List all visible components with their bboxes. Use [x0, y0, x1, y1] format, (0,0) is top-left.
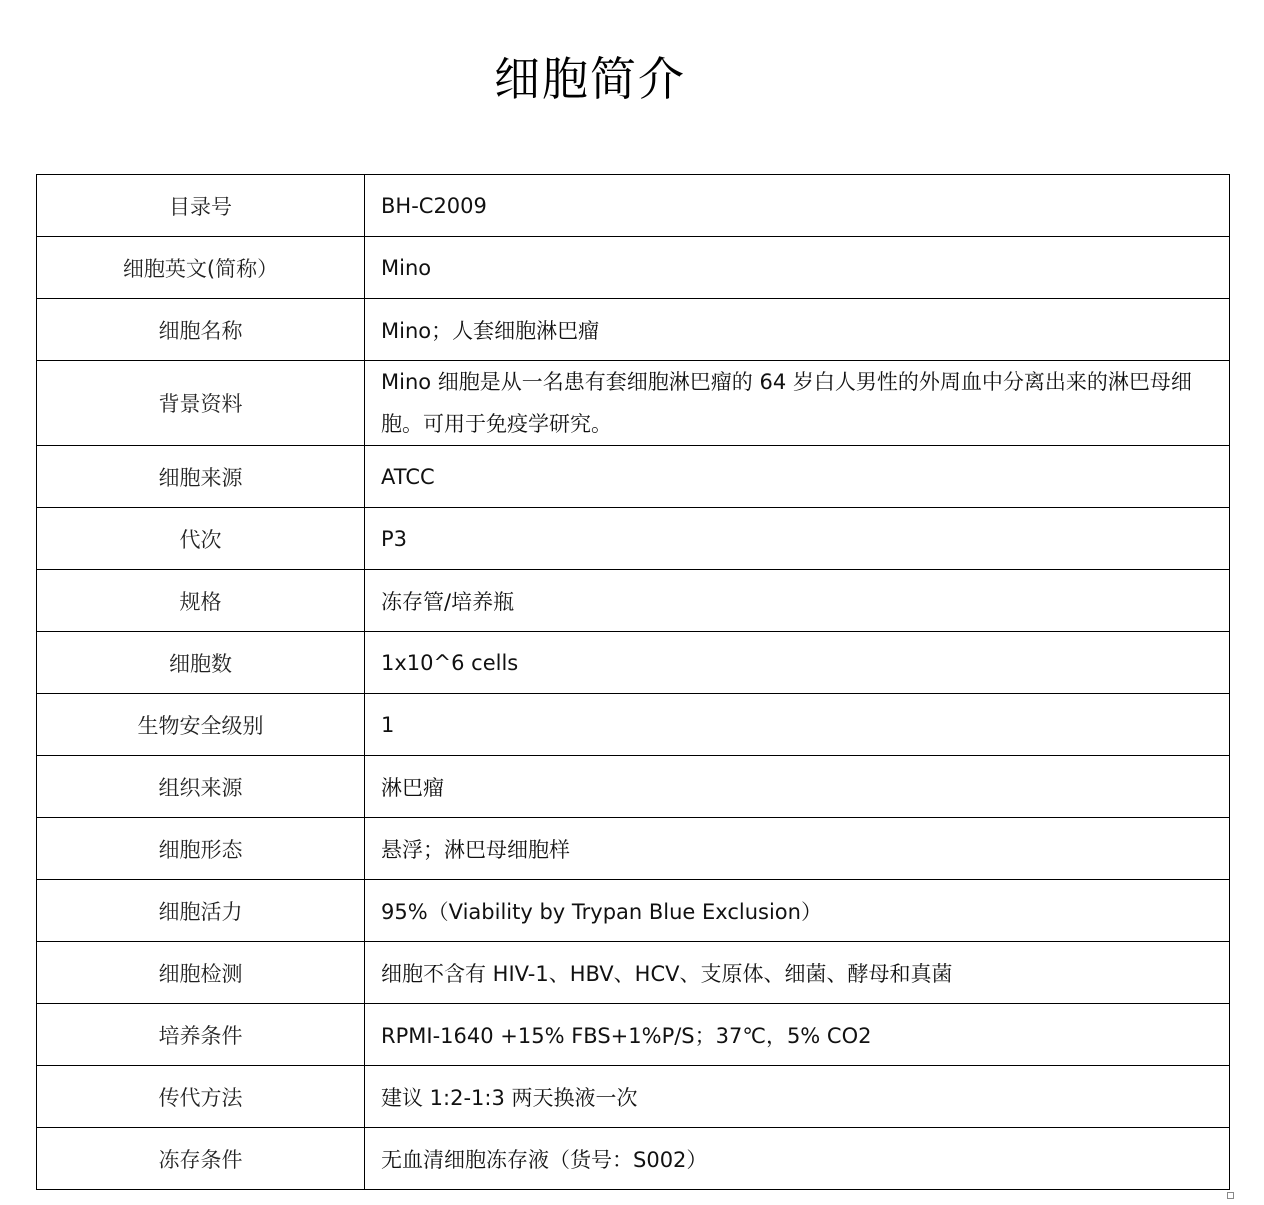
table-row-tissue-source: 组织来源 淋巴瘤 — [37, 756, 1230, 818]
row-label: 传代方法 — [37, 1066, 365, 1128]
table-row-english-name: 细胞英文(简称） Mino — [37, 237, 1230, 299]
table-row-culture-conditions: 培养条件 RPMI-1640 +15% FBS+1%P/S；37℃，5% CO2 — [37, 1004, 1230, 1066]
row-value: Mino 细胞是从一名患有套细胞淋巴瘤的 64 岁白人男性的外周血中分离出来的淋… — [365, 361, 1230, 446]
table-row-background: 背景资料 Mino 细胞是从一名患有套细胞淋巴瘤的 64 岁白人男性的外周血中分… — [37, 361, 1230, 446]
table-row-viability: 细胞活力 95%（Viability by Trypan Blue Exclus… — [37, 880, 1230, 942]
row-label: 生物安全级别 — [37, 694, 365, 756]
row-value: 建议 1:2-1:3 两天换液一次 — [365, 1066, 1230, 1128]
table-row-testing: 细胞检测 细胞不含有 HIV-1、HBV、HCV、支原体、细菌、酵母和真菌 — [37, 942, 1230, 1004]
row-value: 1 — [365, 694, 1230, 756]
row-label: 细胞英文(简称） — [37, 237, 365, 299]
row-value: BH-C2009 — [365, 175, 1230, 237]
row-value: 95%（Viability by Trypan Blue Exclusion） — [365, 880, 1230, 942]
row-label: 冻存条件 — [37, 1128, 365, 1190]
row-label: 组织来源 — [37, 756, 365, 818]
row-value: ATCC — [365, 446, 1230, 508]
row-value: Mino；人套细胞淋巴瘤 — [365, 299, 1230, 361]
row-label: 培养条件 — [37, 1004, 365, 1066]
row-value: 1x10^6 cells — [365, 632, 1230, 694]
table-row-source: 细胞来源 ATCC — [37, 446, 1230, 508]
table-row-cell-name: 细胞名称 Mino；人套细胞淋巴瘤 — [37, 299, 1230, 361]
table-row-passage-method: 传代方法 建议 1:2-1:3 两天换液一次 — [37, 1066, 1230, 1128]
row-value: 细胞不含有 HIV-1、HBV、HCV、支原体、细菌、酵母和真菌 — [365, 942, 1230, 1004]
row-value: 淋巴瘤 — [365, 756, 1230, 818]
row-value: Mino — [365, 237, 1230, 299]
row-value: RPMI-1640 +15% FBS+1%P/S；37℃，5% CO2 — [365, 1004, 1230, 1066]
table-row-morphology: 细胞形态 悬浮；淋巴母细胞样 — [37, 818, 1230, 880]
row-label: 背景资料 — [37, 361, 365, 446]
document-title: 细胞简介 — [0, 49, 1180, 109]
row-label: 目录号 — [37, 175, 365, 237]
row-label: 代次 — [37, 508, 365, 570]
table-row-catalog-number: 目录号 BH-C2009 — [37, 175, 1230, 237]
row-label: 细胞数 — [37, 632, 365, 694]
cell-info-table: 目录号 BH-C2009 细胞英文(简称） Mino 细胞名称 Mino；人套细… — [36, 174, 1230, 1190]
row-value: 冻存管/培养瓶 — [365, 570, 1230, 632]
row-label: 细胞检测 — [37, 942, 365, 1004]
table-row-cell-count: 细胞数 1x10^6 cells — [37, 632, 1230, 694]
row-label: 细胞来源 — [37, 446, 365, 508]
row-value: 悬浮；淋巴母细胞样 — [365, 818, 1230, 880]
row-value: P3 — [365, 508, 1230, 570]
table-row-passage: 代次 P3 — [37, 508, 1230, 570]
table-row-freezing-conditions: 冻存条件 无血清细胞冻存液（货号：S002） — [37, 1128, 1230, 1190]
row-label: 细胞活力 — [37, 880, 365, 942]
row-label: 细胞名称 — [37, 299, 365, 361]
row-value: 无血清细胞冻存液（货号：S002） — [365, 1128, 1230, 1190]
table-row-specification: 规格 冻存管/培养瓶 — [37, 570, 1230, 632]
row-label: 规格 — [37, 570, 365, 632]
table-row-biosafety-level: 生物安全级别 1 — [37, 694, 1230, 756]
table-resize-handle[interactable] — [1227, 1192, 1234, 1199]
row-label: 细胞形态 — [37, 818, 365, 880]
